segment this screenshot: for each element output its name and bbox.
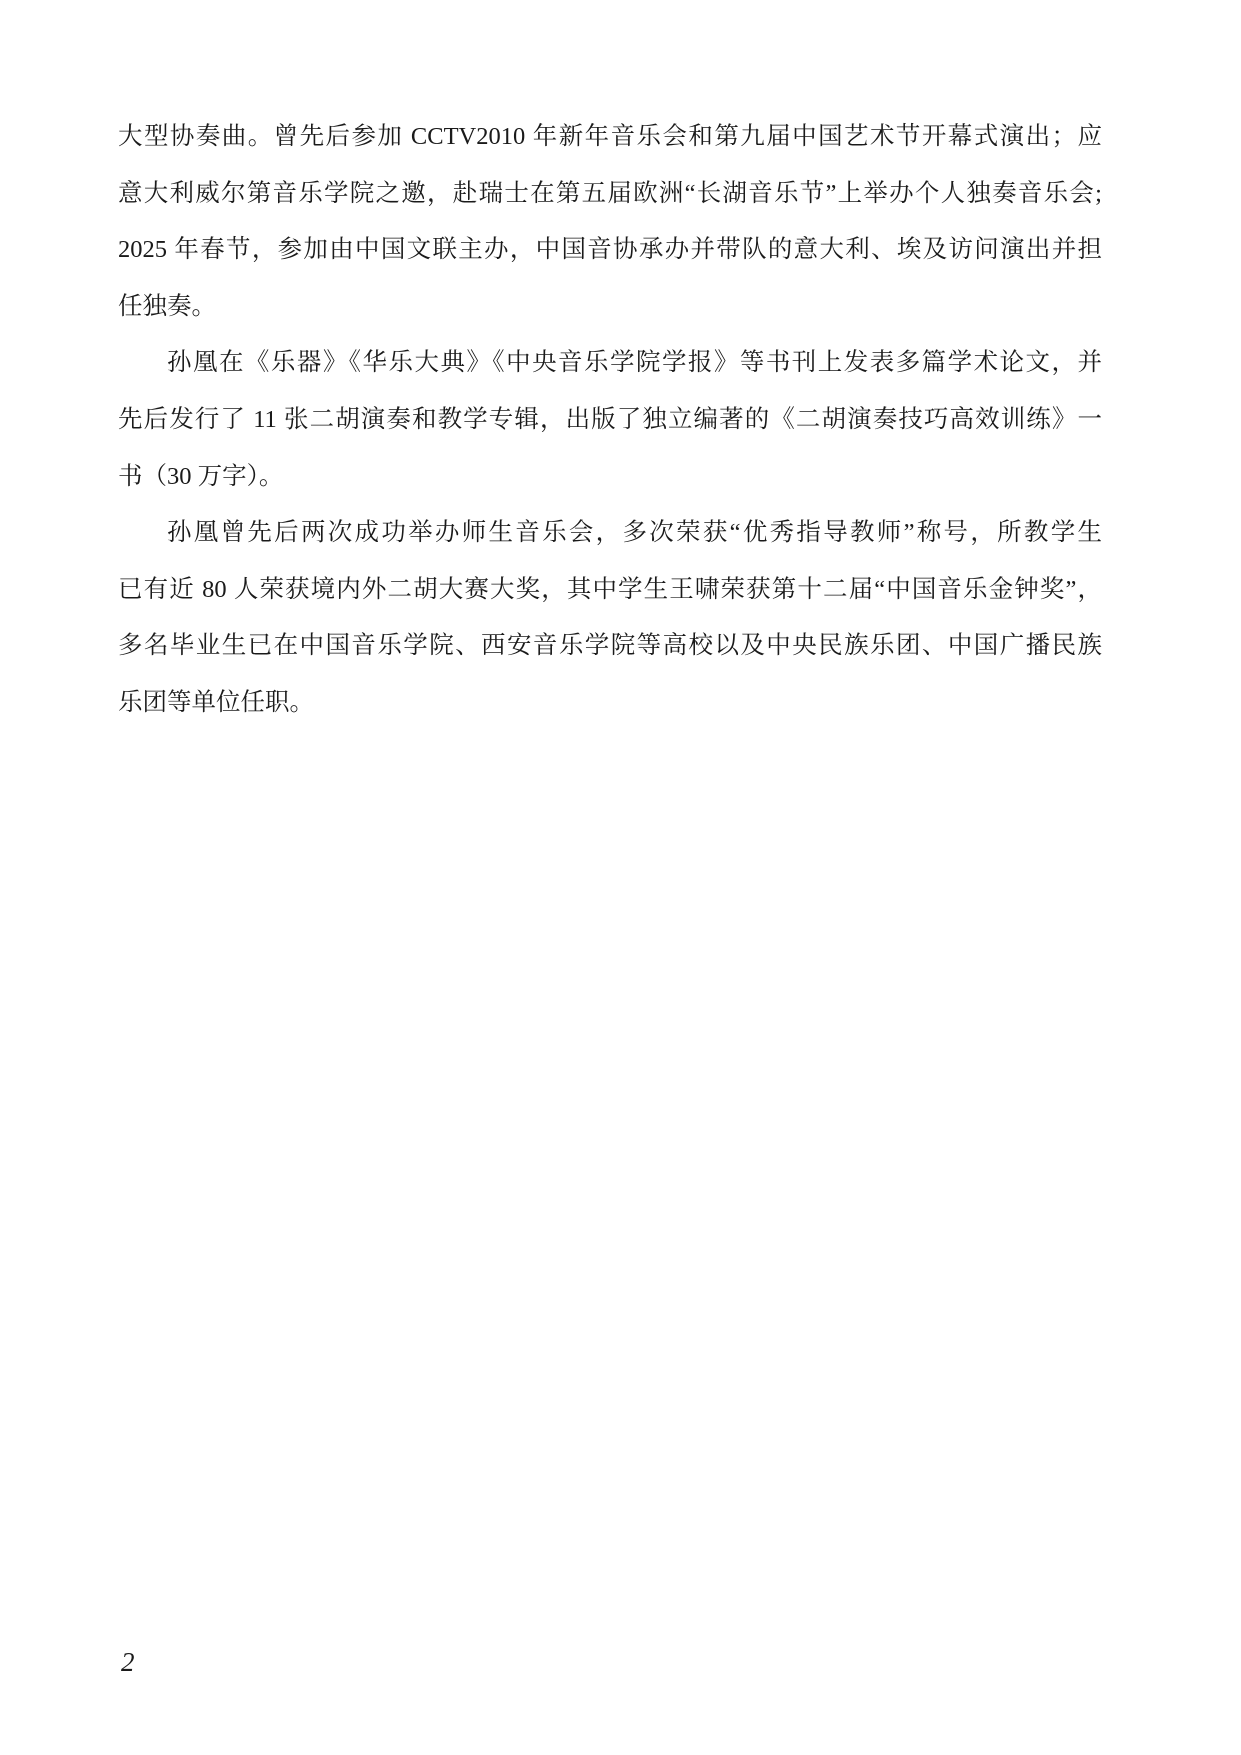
text-line: 孙凰曾先后两次成功举办师生音乐会，多次荣获“优秀指导教师”称号，所教学生 — [118, 505, 1102, 562]
text-line: 书（30 万字）。 — [118, 449, 1102, 506]
text-line: 大型协奏曲。曾先后参加 CCTV2010 年新年音乐会和第九届中国艺术节开幕式演… — [118, 109, 1102, 166]
text-line: 已有近 80 人荣获境内外二胡大赛大奖，其中学生王啸荣获第十二届“中国音乐金钟奖… — [118, 562, 1102, 619]
text-line: 任独奏。 — [118, 279, 1102, 336]
document-page: 大型协奏曲。曾先后参加 CCTV2010 年新年音乐会和第九届中国艺术节开幕式演… — [0, 0, 1241, 1755]
text-line: 2025 年春节，参加由中国文联主办，中国音协承办并带队的意大利、埃及访问演出并… — [118, 222, 1102, 279]
document-text: 大型协奏曲。曾先后参加 CCTV2010 年新年音乐会和第九届中国艺术节开幕式演… — [118, 109, 1102, 732]
text-line: 孙凰在《乐器》《华乐大典》《中央音乐学院学报》等书刊上发表多篇学术论文，并 — [118, 335, 1102, 392]
text-line: 先后发行了 11 张二胡演奏和教学专辑，出版了独立编著的《二胡演奏技巧高效训练》… — [118, 392, 1102, 449]
text-line: 多名毕业生已在中国音乐学院、西安音乐学院等高校以及中央民族乐团、中国广播民族 — [118, 618, 1102, 675]
text-line: 乐团等单位任职。 — [118, 675, 1102, 732]
text-line: 意大利威尔第音乐学院之邀，赴瑞士在第五届欧洲“长湖音乐节”上举办个人独奏音乐会; — [118, 166, 1102, 223]
page-number: 2 — [121, 1644, 135, 1680]
